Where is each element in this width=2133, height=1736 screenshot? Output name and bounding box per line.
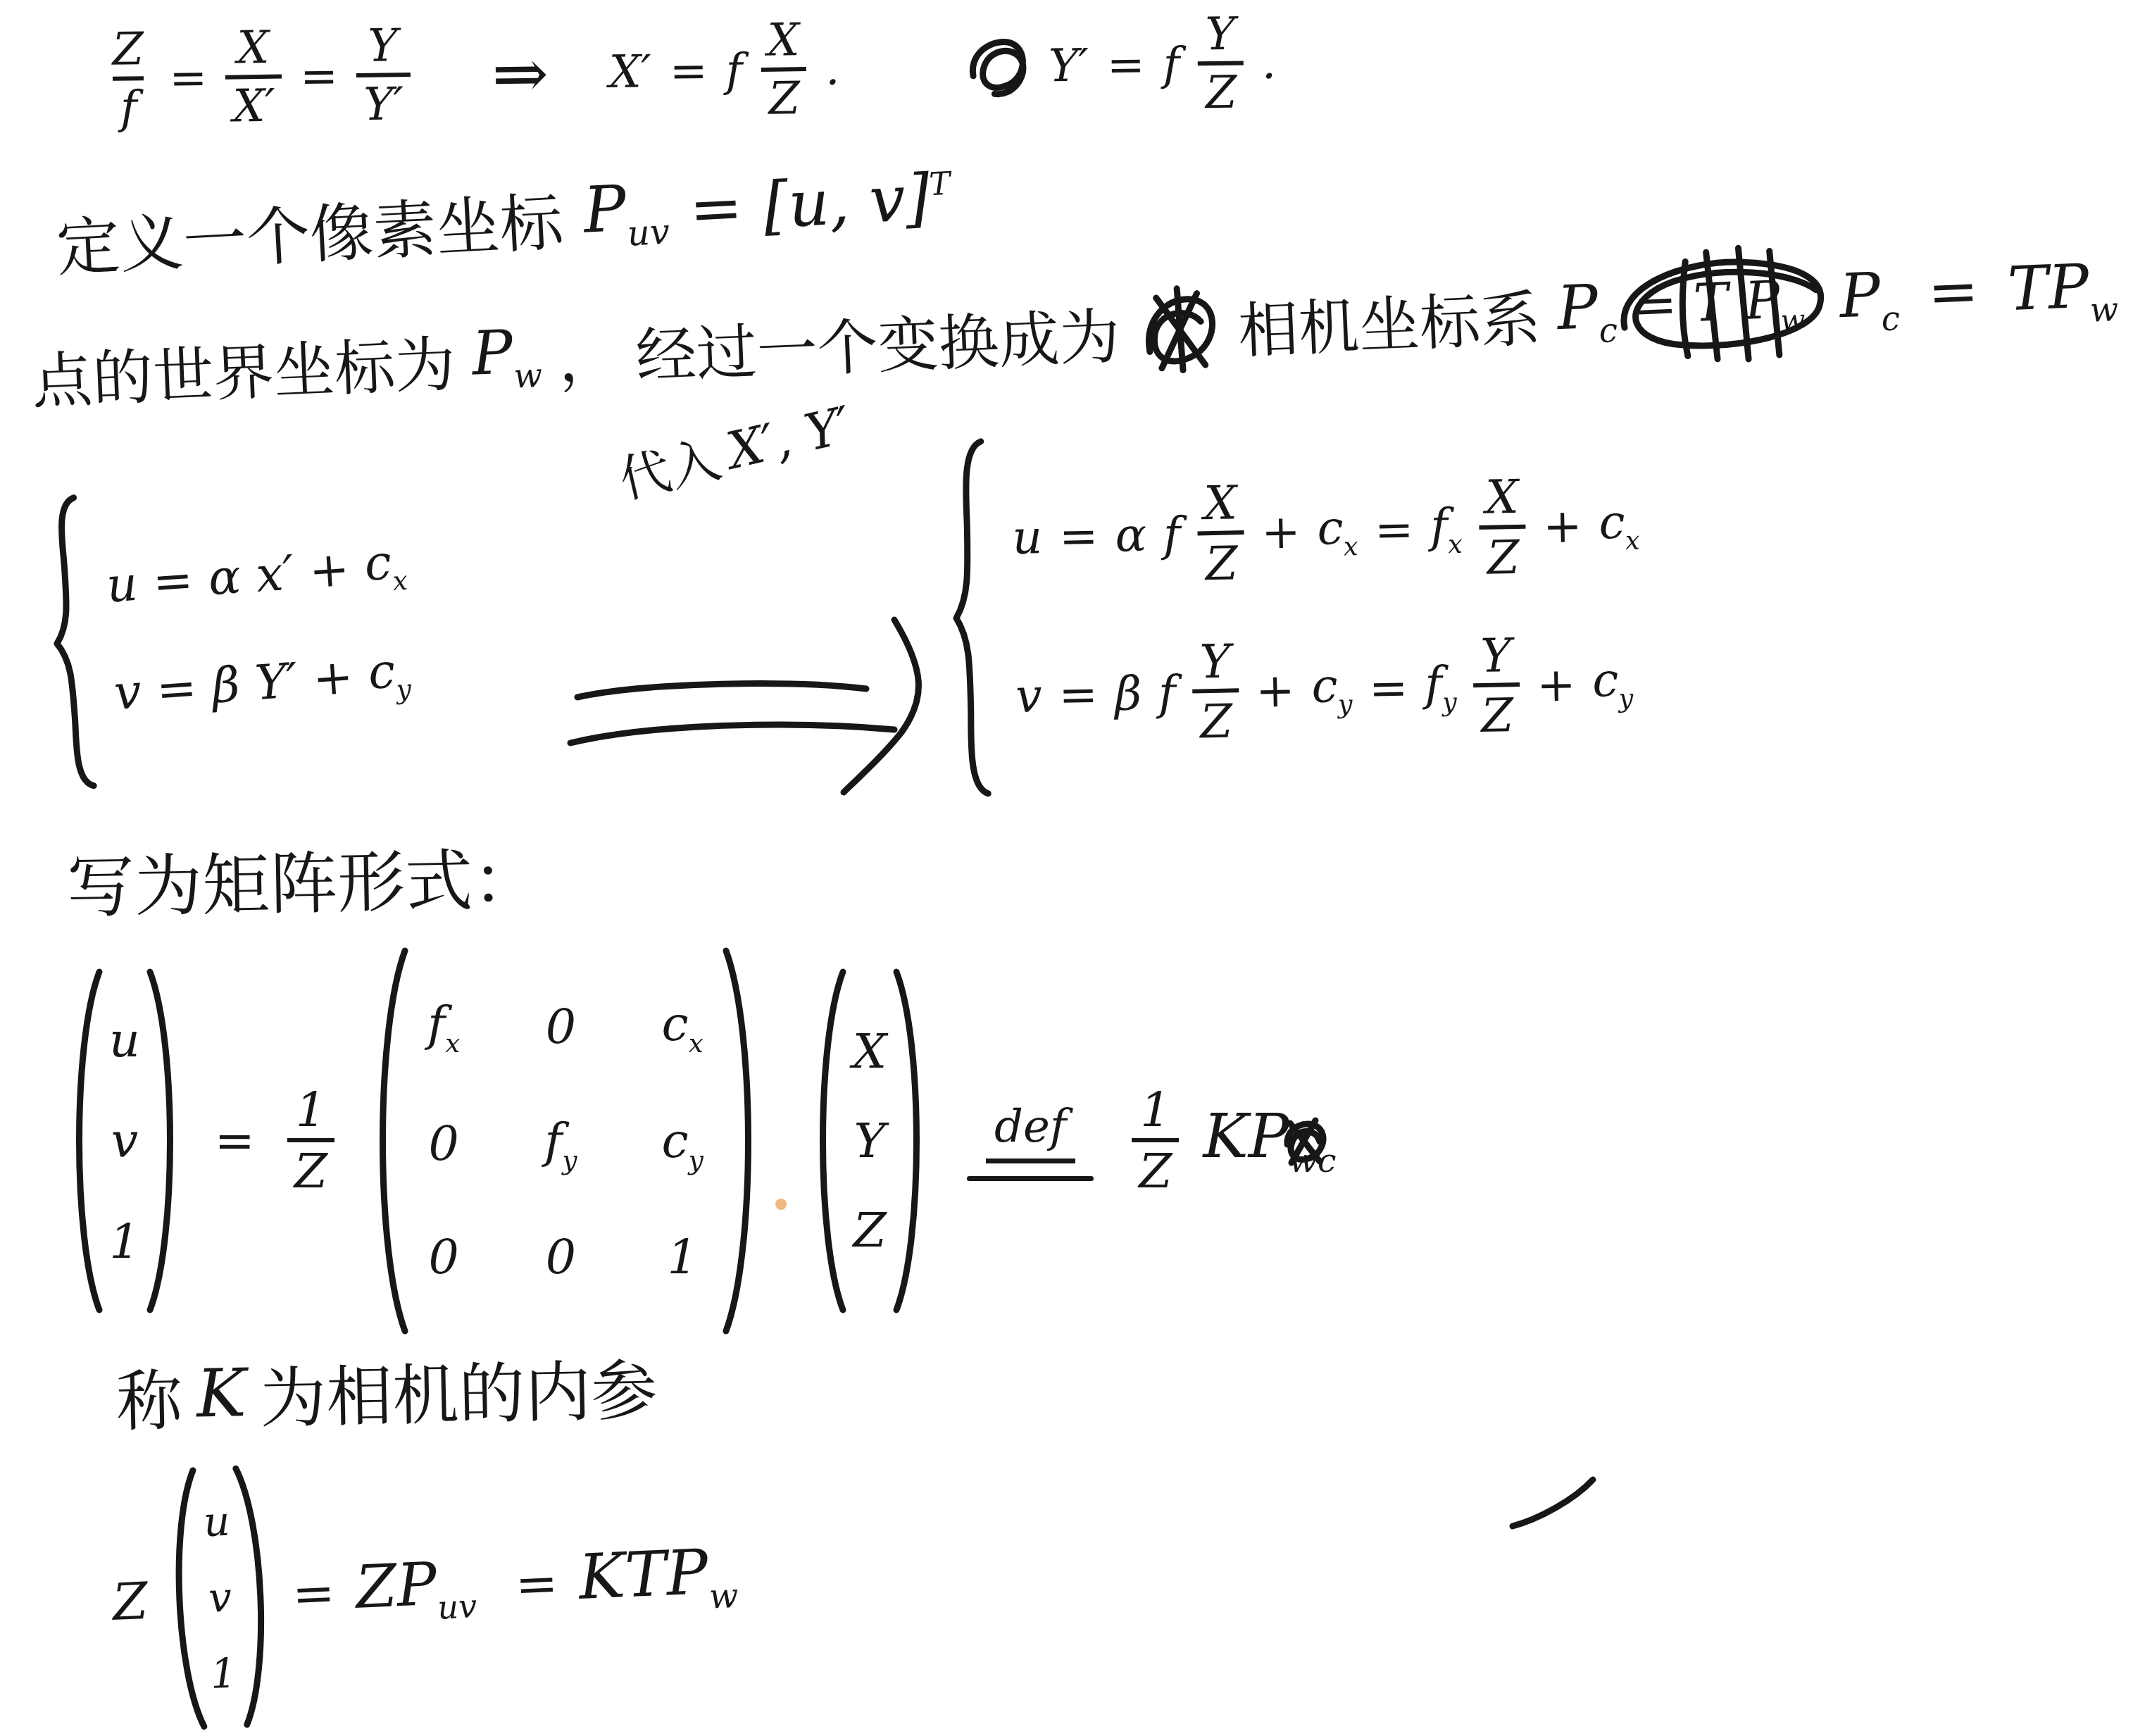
pixel-coordinate-definition: 定义一个像素坐标 Puv = [u, v]T xyxy=(54,151,953,289)
period: . xyxy=(825,44,839,96)
intrinsic-matrix-equation: u v 1 = 1Z fx 0 cx 0 fy cy 0 0 1 xyxy=(67,944,1337,1338)
p-uv-symbol: Puv xyxy=(582,170,670,256)
uv1-column-vector: u v 1 xyxy=(67,965,182,1317)
fraction-z-over-f: Z f xyxy=(105,26,152,132)
period: . xyxy=(1261,37,1276,89)
u-equation: u = α x′ + cx xyxy=(104,534,408,616)
scribbled-out-character xyxy=(1134,281,1222,376)
stray-pen-stroke xyxy=(1507,1475,1599,1532)
right-paren xyxy=(889,965,929,1317)
matrix-cell: 0 xyxy=(546,999,576,1055)
alpha-symbol: α xyxy=(1115,508,1147,563)
xyz-column-vector: X Y Z xyxy=(811,965,929,1317)
chinese-text: 经过一个变换成为 xyxy=(634,287,1122,395)
fraction-one-over-z: 1Z xyxy=(287,1085,334,1197)
matrix-cell: fx xyxy=(427,997,460,1059)
fraction-y-over-z: YZ xyxy=(1191,637,1240,747)
projection-equation: Z u v 1 = ZPuv = KTPw xyxy=(107,1441,744,1689)
matrix-cell: 0 xyxy=(546,1230,576,1285)
left-paren xyxy=(370,944,412,1338)
fy-symbol: fy xyxy=(1424,656,1457,718)
matrix-cell: fy xyxy=(544,1113,577,1175)
left-paren xyxy=(67,965,106,1317)
uv1-column-vector: u v 1 xyxy=(163,1461,277,1689)
v-equation-expanded: v = β f YZ + cy = fy YZ + cy xyxy=(1015,628,1644,750)
substitute-annotation: 代入 X′, Y′ xyxy=(611,388,858,513)
equals-sign: = xyxy=(291,1563,336,1624)
matrix-cell: cy xyxy=(662,1113,703,1175)
scribble-blob xyxy=(1600,235,1838,378)
k-symbol: K xyxy=(196,1355,247,1432)
fraction-x-over-xprime: X X′ xyxy=(225,25,282,131)
beta-symbol: β xyxy=(1114,666,1142,721)
p-w-symbol: Pw xyxy=(470,316,543,398)
v-equation: v = β Y′ + cy xyxy=(112,642,416,725)
matrix-form-heading: 写为矩阵形式： xyxy=(66,826,541,931)
numerator: Z xyxy=(105,26,151,74)
z-symbol: Z xyxy=(111,1571,149,1632)
chinese-text: 相机坐标系 xyxy=(1236,270,1542,370)
beta-symbol: β xyxy=(210,657,242,715)
bracket-vector: [u, v]T xyxy=(762,159,953,243)
fraction-y-over-yprime: Y Y′ xyxy=(356,23,411,129)
matrix-cell: 0 xyxy=(429,1230,459,1285)
similar-triangles-equation: Z f = X X′ = Y Y′ ⇒ X′ = f X Z . Y′ = f … xyxy=(105,11,1277,133)
fraction-y-over-z: Y Z xyxy=(1197,11,1244,117)
equals-sign: = xyxy=(514,1553,559,1614)
fraction-one-over-z: 1Z xyxy=(1132,1085,1179,1197)
fraction-x-over-z: XZ xyxy=(1196,478,1246,588)
equals-sign: = xyxy=(169,52,208,105)
focal-length-f: f xyxy=(1163,39,1180,91)
matrix-cell: 1 xyxy=(668,1230,698,1285)
k-p-c-symbol: KPwc xyxy=(1203,1101,1336,1180)
focal-length-f: f xyxy=(725,45,743,97)
equals-sign: = xyxy=(300,51,339,104)
k-is-intrinsics-sentence: 称 K 为相机的内参 xyxy=(115,1337,658,1444)
right-paren xyxy=(143,965,182,1317)
alpha-symbol: α xyxy=(206,549,242,606)
k-t-p-w: KTPw xyxy=(577,1534,739,1622)
implies-double-arrow xyxy=(563,570,958,824)
denominator: f xyxy=(113,76,144,132)
fraction-y-over-z: YZ xyxy=(1472,631,1521,741)
u-equation-expanded: u = α f XZ + cx = fx XZ + cx xyxy=(1011,470,1641,592)
fraction-x-over-z: XZ xyxy=(1478,473,1527,582)
equals-sign: = xyxy=(215,1113,255,1169)
equals-sign: = xyxy=(1106,39,1145,92)
y-prime: Y′ xyxy=(1049,40,1089,93)
equals-sign: = xyxy=(687,170,744,247)
x-prime: X′ xyxy=(608,46,651,99)
intrinsics-substituted-system: u = α f XZ + cx = fx XZ + cx v = β f YZ xyxy=(940,420,1645,801)
struck-out-equation: = T Pw xyxy=(1632,268,1806,343)
chinese-text: 点的世界坐标为 xyxy=(30,316,457,420)
comma: ， xyxy=(556,308,620,398)
scribble-blob xyxy=(963,32,1031,103)
camera-coords-equation: Pc = TPw xyxy=(1838,250,2119,341)
fraction-x-over-z: X Z xyxy=(760,17,808,123)
orange-ink-dot xyxy=(775,1199,787,1210)
right-paren xyxy=(719,944,761,1338)
z-p-uv: ZPuv xyxy=(354,1548,477,1630)
fx-symbol: fx xyxy=(1430,498,1463,559)
equals-sign: = xyxy=(670,45,708,98)
chinese-text: 定义一个像素坐标 xyxy=(54,170,565,289)
scribble-blob xyxy=(1279,1113,1328,1168)
left-brace xyxy=(35,490,103,796)
pixel-mapping-system: u = α x′ + cx v = β Y′ + cy xyxy=(35,468,420,795)
left-paren xyxy=(811,965,850,1317)
matrix-cell: 0 xyxy=(429,1116,459,1172)
def-equals: def xyxy=(967,1101,1094,1181)
implies-arrow-glyph: ⇒ xyxy=(492,34,549,113)
intrinsic-matrix-k: fx 0 cx 0 fy cy 0 0 1 xyxy=(370,944,761,1338)
matrix-cell: cx xyxy=(662,997,703,1059)
right-paren xyxy=(230,1461,277,1689)
left-brace xyxy=(940,435,997,801)
